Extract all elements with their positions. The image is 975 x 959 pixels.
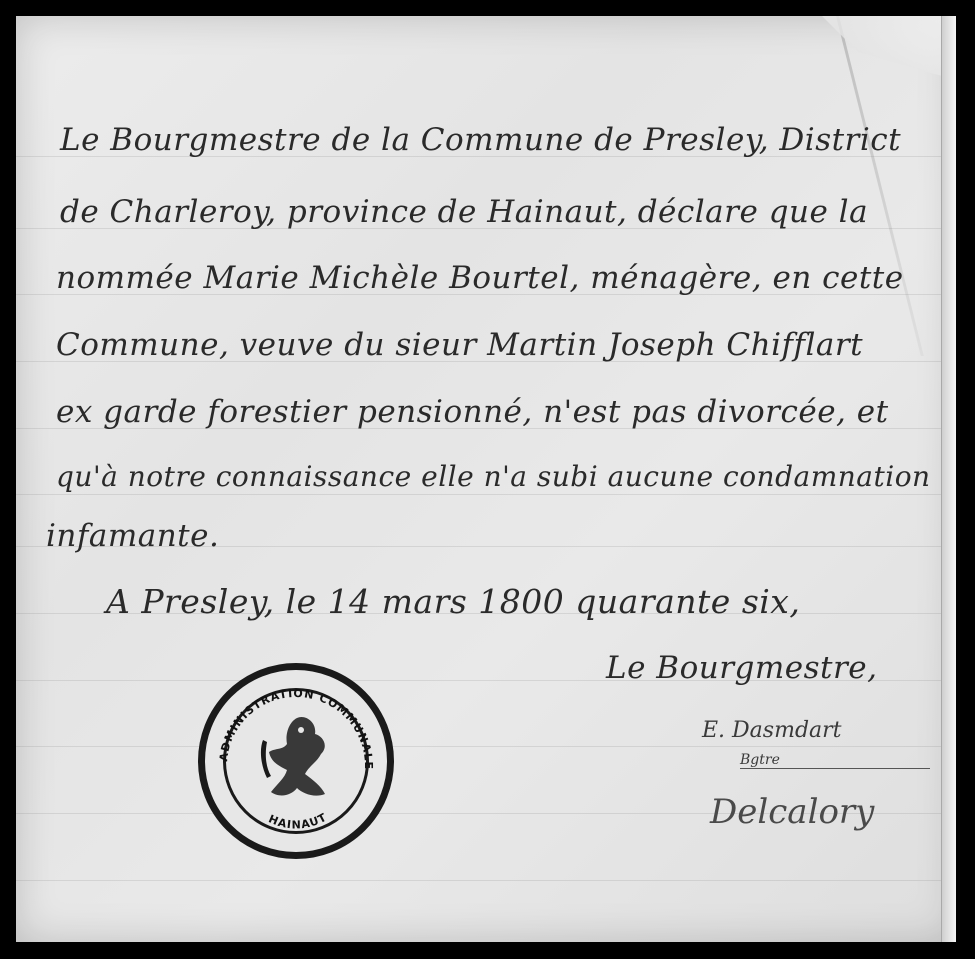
dateline: A Presley, le 14 mars 1800 quarante six,: [106, 582, 800, 621]
body-line-6: qu'à notre connaissance elle n'a subi au…: [56, 460, 931, 493]
closing-title: Le Bourgmestre,: [606, 650, 877, 686]
body-line-7: infamante.: [46, 518, 219, 554]
seal-graphic: ADMINISTRATION COMMUNALE DE PRESLES HAIN…: [205, 670, 387, 852]
ruled-line: [16, 880, 956, 881]
paper-right-edge: [941, 16, 956, 942]
seal-bottom-text: HAINAUT: [267, 811, 330, 832]
body-line-4: Commune, veuve du sieur Martin Joseph Ch…: [56, 327, 863, 363]
signature-first: E. Dasmdart: [702, 718, 842, 743]
ruled-line: [16, 746, 956, 747]
signature-first-subscript: Bgtre: [740, 752, 930, 769]
body-line-3: nommée Marie Michèle Bourtel, ménagère, …: [56, 260, 904, 296]
body-line-2: de Charleroy, province de Hainaut, décla…: [60, 194, 868, 230]
lion-emblem-icon: [261, 717, 325, 796]
document-paper: Le Bourgmestre de la Commune de Presley,…: [16, 16, 956, 942]
body-line-5: ex garde forestier pensionné, n'est pas …: [56, 394, 889, 430]
ruled-line: [16, 494, 956, 495]
folded-corner: [822, 16, 942, 76]
municipal-seal-stamp: ADMINISTRATION COMMUNALE DE PRESLES HAIN…: [198, 663, 394, 859]
body-line-1: Le Bourgmestre de la Commune de Presley,…: [60, 122, 901, 158]
signature-second: Delcalory: [710, 792, 874, 832]
